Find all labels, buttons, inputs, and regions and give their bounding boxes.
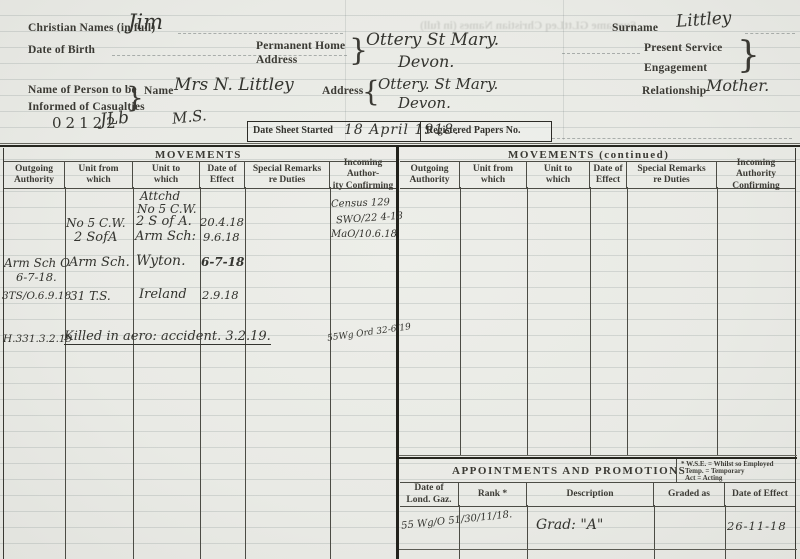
column-line	[590, 187, 591, 456]
table-top-rule-thick	[0, 145, 800, 147]
ruled-dash	[562, 53, 640, 54]
permanent-home-address-label: Address	[256, 54, 297, 66]
col-special-remarks: Special Remarksre Duties	[627, 162, 717, 188]
christian-names-value: Jim	[128, 12, 163, 33]
entry-r1-auth: SWO/22 4-18	[336, 212, 404, 227]
col-date-lond-gaz: Date ofLond. Gaz.	[400, 483, 459, 506]
column-line	[627, 187, 628, 456]
entry-attchd: Attchd	[140, 190, 180, 202]
col-incoming-authority: Incoming AuthorityConfirming	[717, 162, 795, 188]
ruled-dash	[178, 33, 343, 34]
appointments-title: APPOINTMENTS AND PROMOTIONS	[452, 465, 686, 477]
date-of-birth-label: Date of Birth	[28, 44, 95, 56]
column-line	[654, 505, 655, 559]
brace: }	[737, 38, 760, 74]
appointments-top-rule-thin	[399, 455, 797, 456]
column-line	[330, 187, 331, 559]
box-divider	[420, 122, 421, 141]
entry-date-of-effect: 26-11-18	[727, 521, 787, 533]
column-line	[527, 187, 528, 456]
column-line	[460, 187, 461, 456]
entry-r1-date: 20.4.18	[200, 217, 244, 229]
brace: }	[126, 84, 144, 112]
entry-r2-to: Arm Sch:	[135, 230, 196, 243]
entry-r3-from: Arm Sch.	[69, 256, 130, 269]
scan-artifact-line	[563, 0, 564, 140]
permanent-home-value-line2: Devon.	[398, 54, 454, 70]
ruled-dash	[745, 33, 795, 34]
relationship-label: Relationship	[642, 85, 706, 97]
appointments-row-line	[399, 549, 797, 550]
movements-header-row: OutgoingAuthority Unit fromwhich Unit to…	[4, 161, 396, 189]
ruled-dash	[112, 55, 347, 56]
engagement-label: Engagement	[644, 62, 707, 74]
ruled-dash	[552, 138, 792, 139]
entry-r4-out: 3TS/O.6.9.18	[2, 291, 71, 302]
entry-census: Census 129	[331, 198, 390, 210]
entry-r3-date: 6-7-18	[201, 256, 244, 268]
col-date-of-effect: Date ofEffect	[590, 162, 627, 188]
entry-r3-to: Wyton.	[136, 254, 186, 268]
col-unit-from: Unit fromwhich	[65, 162, 133, 188]
name-label: Name	[144, 85, 174, 97]
entry-killed-remark: Killed in aero: accident. 3.2.19.	[64, 330, 271, 345]
entry-r2-date: 9.6.18	[203, 232, 240, 244]
col-rank: Rank *	[459, 483, 527, 506]
table-center-divider	[396, 145, 399, 559]
column-line	[459, 505, 460, 559]
entry-r1-from: No 5 C.W.	[66, 217, 126, 229]
left-table-edge	[3, 148, 4, 559]
entry-r1-to: 2 S of A.	[136, 215, 192, 228]
surname-label: Surname	[612, 22, 658, 34]
relationship-value: Mother.	[706, 78, 769, 94]
entry-r4-to: Ireland	[139, 288, 187, 301]
entry-r3-out2: 6-7-18.	[16, 272, 57, 284]
name-of-person-value: Mrs N. Littley	[174, 77, 294, 94]
col-unit-from: Unit fromwhich	[460, 162, 527, 188]
entry-r5-out: H.331.3.2.19	[3, 334, 72, 345]
table-top-rule-thin	[0, 143, 800, 144]
col-unit-to: Unit towhich	[527, 162, 590, 188]
date-sheet-box: Date Sheet Started 18 April 1918. Regist…	[247, 121, 552, 142]
column-line	[65, 187, 66, 559]
column-line	[725, 505, 726, 559]
movements-continued-title: MOVEMENTS (continued)	[508, 149, 669, 161]
address-value-line2: Devon.	[398, 96, 451, 111]
legend-box: * W.S.E. = Whilst so Employed Temp. = Te…	[676, 459, 798, 482]
present-service-label: Present Service	[644, 42, 722, 54]
column-line	[717, 187, 718, 456]
col-date-of-effect: Date ofEffect	[200, 162, 245, 188]
casualties-label-line1: Name of Person to be	[28, 84, 137, 96]
column-line	[200, 187, 201, 559]
entry-r4-from: 31 T.S.	[70, 290, 111, 302]
entry-r3-out1: Arm Sch O	[4, 257, 70, 269]
address-label: Address	[322, 85, 363, 97]
record-card: Surname GLttLeq Christian Names (in full…	[0, 0, 800, 559]
column-line	[527, 505, 528, 559]
entry-r4-date: 2.9.18	[202, 290, 239, 302]
clerk-initials-2: M.S.	[171, 108, 207, 127]
address-value-line1: Ottery. St Mary.	[378, 77, 498, 92]
col-incoming-authority: Incoming Author-ity Confirming	[330, 162, 396, 188]
appointments-header-row: Date ofLond. Gaz. Rank * Description Gra…	[400, 482, 795, 507]
surname-value: Littley	[675, 10, 732, 31]
registered-papers-label: Registered Papers No.	[426, 125, 521, 136]
entry-r2-auth: MaO/10.6.18	[331, 230, 397, 240]
entry-grade-description: Grad: "A"	[536, 518, 603, 532]
movements-continued-header-row: OutgoingAuthority Unit fromwhich Unit to…	[400, 161, 795, 189]
clerk-initials-1: JLb	[99, 110, 129, 129]
permanent-home-label: Permanent Home	[256, 40, 345, 52]
date-sheet-started-label: Date Sheet Started	[253, 125, 333, 136]
entry-lond-gaz: 55 Wg/O 51/30/11/18.	[401, 510, 513, 532]
column-line	[245, 187, 246, 559]
column-line	[133, 187, 134, 559]
col-outgoing-authority: OutgoingAuthority	[4, 162, 65, 188]
scan-artifact-line	[345, 0, 346, 140]
permanent-home-value-line1: Ottery St Mary.	[366, 32, 499, 49]
col-special-remarks: Special Remarksre Duties	[245, 162, 330, 188]
col-description: Description	[527, 483, 654, 506]
movements-title: MOVEMENTS	[155, 149, 242, 161]
col-unit-to: Unit towhich	[133, 162, 200, 188]
col-outgoing-authority: OutgoingAuthority	[400, 162, 460, 188]
col-graded-as: Graded as	[654, 483, 725, 506]
col-date-of-effect: Date of Effect	[725, 483, 795, 506]
right-table-edge	[795, 148, 796, 559]
entry-r2-from: 2 SofA	[74, 231, 117, 244]
